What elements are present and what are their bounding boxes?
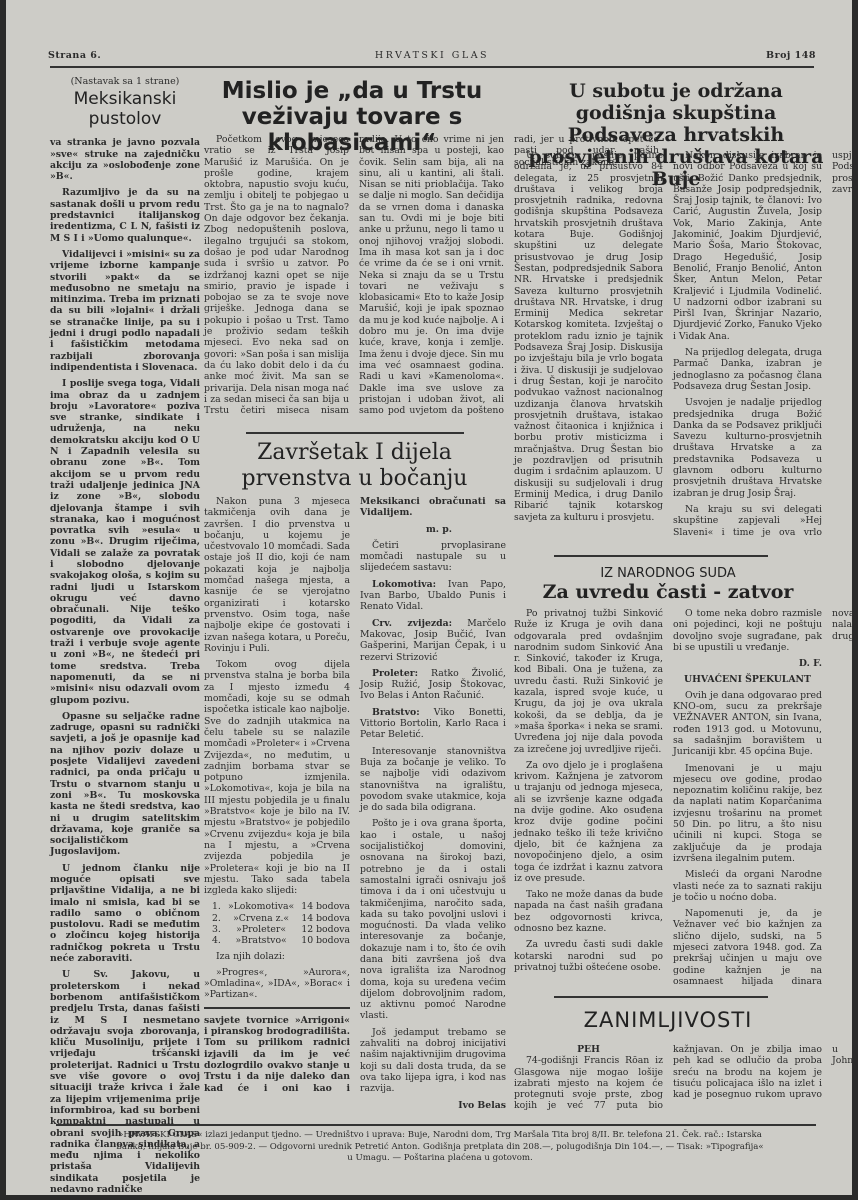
standings-table: 1.»Lokomotiva«14 bodova 2.»Crvena z.«14 … (204, 901, 350, 946)
article-zanimljivosti-body: PEH 74-godišnji Francis Rōan iz Glasgowa… (514, 1044, 822, 1118)
article-sud-title: Za uvredu časti - zatvor (514, 580, 822, 604)
standings-row: 3.»Proleter«12 bodova (204, 924, 350, 935)
paragraph: Razumljivo je da su na sastanak došli u … (50, 187, 200, 243)
section-rule (246, 432, 464, 434)
standings-row: 4.»Bratstvo«10 bodova (204, 935, 350, 946)
imprint-footer: »HRVATSKI GLAS« izlazi jedanput tjedno. … (58, 1130, 822, 1165)
sub-title: UHVAĆENI ŠPEKULANT (673, 674, 822, 685)
signature: Ivo Belas (360, 1100, 506, 1111)
paragraph: »Progres«, »Aurora«, »Omladina«, »IDA«, … (204, 967, 350, 1001)
paragraph: Tokom ovog dijela prvenstva stalna je bo… (204, 659, 350, 896)
paragraph: Iza njih dolazi: (204, 951, 350, 962)
lineup: Lokomotiva: Ivan Papo, Ivan Barbo, Ubald… (360, 579, 506, 613)
newspaper-title: HRVATSKI GLAS (48, 50, 816, 61)
paragraph: Usvojen je nadalje prijedlog predsjednik… (673, 397, 822, 499)
paragraph: Imenovani je u maju mjesecu ove godine, … (673, 763, 822, 865)
article-bocanje-body: Nakon puna 3 mjeseca takmičenja ovih dan… (204, 496, 506, 1116)
paragraph: O tome neka dobro razmisle oni pojedinci… (673, 608, 822, 653)
masthead-rule (50, 66, 814, 68)
paragraph: I poslije svega toga, Vidali ima obraz d… (50, 378, 200, 706)
paragraph: U subotu, poslije podne održana je, uz p… (514, 150, 663, 523)
article-sud-body: Po privatnoj tužbi Sinković Ruže iz Krug… (514, 608, 822, 994)
article-trst-body: Početkom ovog mjeseca vratio se iz Trsta… (204, 134, 504, 422)
article-meksikanski-pustolov: (Nastavak sa 1 strane) Meksikanski pusto… (50, 76, 200, 1200)
issue-number: Broj 148 (766, 50, 816, 61)
signature: E. Martinčić (832, 647, 858, 658)
paragraph: Ovih je dana odgovarao pred KNO-om, sucu… (673, 690, 822, 758)
paragraph: Nakon puna 3 mjeseca takmičenja ovih dan… (204, 496, 350, 654)
paragraph: Tako ne može danas da bude napada na čas… (514, 889, 663, 934)
signature: D. F. (673, 658, 822, 669)
footer-rule (56, 1124, 816, 1126)
paragraph: Misleći da organi Narodne vlasti neće za… (673, 869, 822, 903)
article-sud-kicker: IZ NARODNOG SUDA (514, 566, 822, 581)
lineup: Crv. zvijezda: Marčelo Makovac, Josip Bu… (360, 618, 506, 663)
footer-line: »HRVATSKI GLAS« izlazi jedanput tjedno. … (58, 1130, 822, 1142)
lineup: Bratstvo: Viko Bonetti, Vittorio Bortoli… (360, 707, 506, 741)
paragraph: Pošto je i ova grana športa, kao i ostal… (360, 818, 506, 1021)
paragraph: 74-godišnji Francis Rōan iz Glasgowa nij… (514, 1044, 858, 1118)
footer-line: u Umagu. — Poštarina plaćena u gotovom. (58, 1153, 822, 1165)
masthead: Strana 6. HRVATSKI GLAS Broj 148 (48, 50, 816, 64)
paragraph: Za ovo djelo je i proglašena krivom. Kaž… (514, 760, 663, 884)
footer-line: banka, filijala Buje br. 05-909-2. — Odg… (58, 1142, 822, 1154)
column-rule (204, 1007, 350, 1009)
paragraph: Četiri prvoplasirane momčadi nastupale s… (360, 540, 506, 574)
article-bocanje-title: Završetak I dijela prvenstva u bočanju (202, 440, 507, 492)
section-rule (554, 996, 768, 998)
standings-row: 1.»Lokomotiva«14 bodova (204, 901, 350, 912)
paragraph: Još jedamput trebamo se zahvaliti na dob… (360, 1027, 506, 1095)
paragraph: U jednom članku nije moguće opisati sve … (50, 863, 200, 965)
paragraph: Vidalijevci i »misini« su za vrijeme izb… (50, 249, 200, 373)
lineup: Proleter: Ratko Živolić, Josip Ružić, Jo… (360, 668, 506, 702)
paragraph: va stranka je javno pozvala »sve« struke… (50, 137, 200, 182)
newspaper-page: Strana 6. HRVATSKI GLAS Broj 148 (Nastav… (6, 0, 852, 1195)
paragraph: Nakon diskusije izabran je novi odbor Po… (673, 150, 822, 342)
signature: m. p. (360, 524, 506, 535)
paragraph: Opasne su seljačke radne zadruge, opasni… (50, 711, 200, 858)
standings-row: 2.»Crvena z.«14 bodova (204, 913, 350, 924)
article-zanimljivosti-title: ZANIMLJIVOSTI (514, 1008, 822, 1032)
article-skupstina-body: U subotu, poslije podne održana je, uz p… (514, 150, 822, 546)
sub-title: PEH (514, 1044, 663, 1055)
section-rule (554, 555, 768, 557)
paragraph: Na prijedlog delegata, druga Parmač Dank… (673, 347, 822, 392)
paragraph: Interesovanje stanovništva Buja za bočan… (360, 746, 506, 814)
paragraph: Po privatnoj tužbi Sinković Ruže iz Krug… (514, 608, 663, 755)
article-title: Meksikanski pustolov (58, 89, 192, 129)
continuation-note: (Nastavak sa 1 strane) (50, 76, 200, 87)
paragraph: Za uvredu časti sudi dakle kotarski naro… (514, 939, 663, 973)
